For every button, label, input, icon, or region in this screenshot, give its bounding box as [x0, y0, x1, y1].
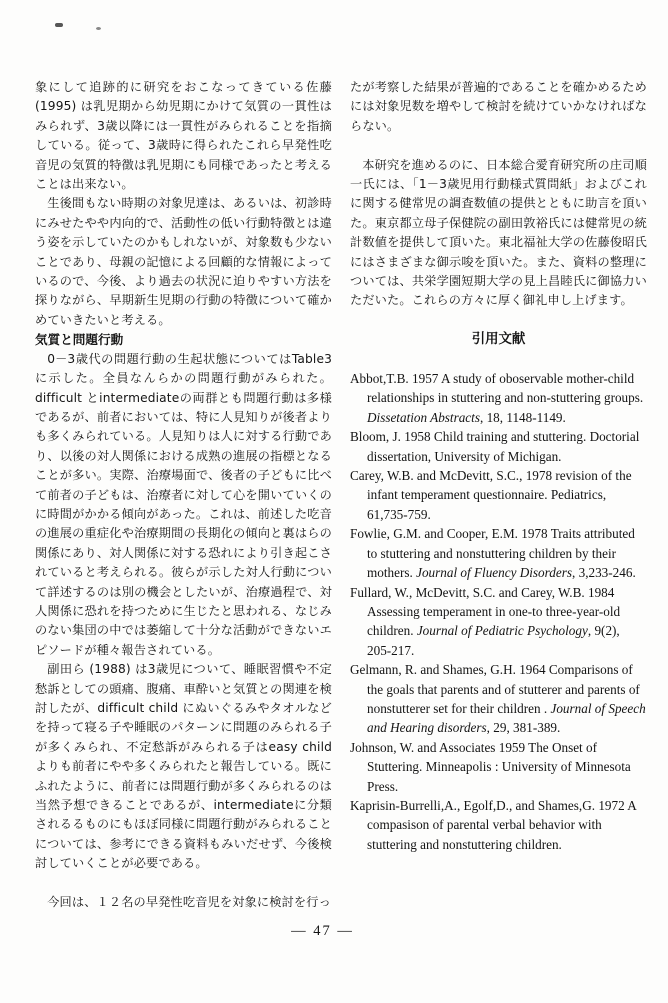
reference-text: , 29, 381-389. — [487, 720, 561, 735]
scanned-paper-page: 象にして追跡的に研究をおこなってきている佐藤 (1995) は乳児期から幼児期に… — [0, 0, 668, 1003]
body-paragraph: 今回は、１２名の早発性吃音児を対象に検討を行っ — [35, 893, 332, 912]
reference-entry: Gelmann, R. and Shames, G.H. 1964 Compar… — [350, 660, 647, 738]
reference-journal-title: Journal of Fluency Disorders — [416, 565, 572, 580]
reference-journal-title: Dissetation Abstracts — [367, 410, 480, 425]
two-column-text-area: 象にして追跡的に研究をおこなってきている佐藤 (1995) は乳児期から幼児期に… — [35, 78, 647, 912]
reference-entry: Fowlie, G.M. and Cooper, E.M. 1978 Trait… — [350, 524, 647, 582]
reference-text: , 3,233-246. — [572, 565, 636, 580]
body-paragraph: 象にして追跡的に研究をおこなってきている佐藤 (1995) は乳児期から幼児期に… — [35, 78, 332, 194]
reference-text: , 18, 1148-1149. — [480, 410, 566, 425]
reference-text: Abbot,T.B. 1957 A study of oboservable m… — [350, 371, 643, 405]
body-paragraph: たが考察した結果が普遍的であることを確かめるためには対象児数を増やして検討を続け… — [350, 78, 647, 136]
references-heading: 引用文献 — [350, 330, 647, 349]
reference-text: Johnson, W. and Associates 1959 The Onse… — [350, 740, 631, 794]
reference-text: Kaprisin-Burrelli,A., Egolf,D., and Sham… — [350, 798, 636, 852]
reference-entry: Carey, W.B. and McDevitt, S.C., 1978 rev… — [350, 466, 647, 524]
reference-entry: Fullard, W., McDevitt, S.C. and Carey, W… — [350, 583, 647, 661]
page-number: — 47 — — [0, 923, 645, 940]
reference-entry: Bloom, J. 1958 Child training and stutte… — [350, 427, 647, 466]
reference-text: Carey, W.B. and McDevitt, S.C., 1978 rev… — [350, 468, 632, 522]
body-paragraph: 生後間もない時期の対象児達は、あるいは、初診時にみせたやや内向的で、活動性の低い… — [35, 194, 332, 330]
reference-entry: Kaprisin-Burrelli,A., Egolf,D., and Sham… — [350, 796, 647, 854]
scan-artifact — [55, 23, 63, 27]
reference-journal-title: Journal of Pediatric Psychology — [417, 623, 588, 638]
reference-entry: Johnson, W. and Associates 1959 The Onse… — [350, 738, 647, 796]
acknowledgements-paragraph: 本研究を進めるのに、日本総合愛育研究所の庄司順一氏には、「1－3歳児用行動様式質… — [350, 156, 647, 311]
body-paragraph: 副田ら (1988) は3歳児について、睡眠習慣や不定愁訴としての頭痛、腹痛、車… — [35, 660, 332, 873]
reference-text: Bloom, J. 1958 Child training and stutte… — [350, 429, 639, 463]
body-paragraph: 0－3歳代の問題行動の生起状態についてはTable3に示した。全員なんらかの問題… — [35, 350, 332, 661]
section-heading-temperament-problem-behavior: 気質と問題行動 — [35, 330, 332, 349]
reference-entry: Abbot,T.B. 1957 A study of oboservable m… — [350, 369, 647, 427]
scan-artifact — [96, 27, 101, 30]
left-column: 象にして追跡的に研究をおこなってきている佐藤 (1995) は乳児期から幼児期に… — [35, 78, 332, 912]
right-column: たが考察した結果が普遍的であることを確かめるためには対象児数を増やして検討を続け… — [350, 78, 647, 912]
